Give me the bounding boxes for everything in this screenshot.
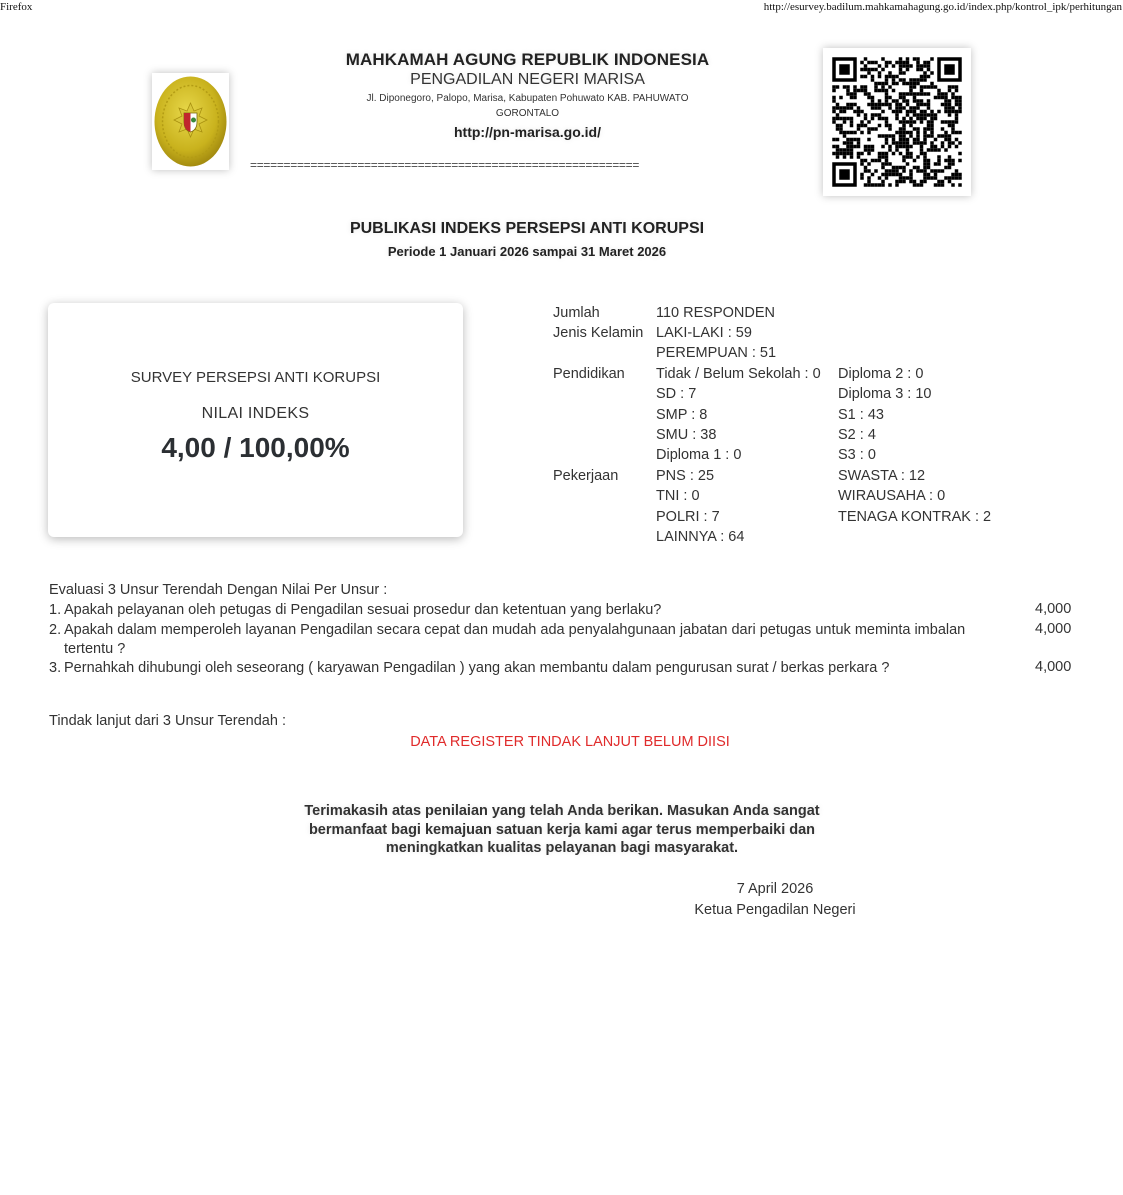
gender-label: Jenis Kelamin [553,323,643,343]
court-name: PENGADILAN NEGERI MARISA [330,71,725,89]
court-emblem-icon [152,73,229,170]
education-item: SMU : 38 [656,425,821,445]
evaluation-item-number: 2. [49,621,61,640]
evaluation-item-number: 1. [49,601,61,620]
qr-code-icon [823,48,971,196]
education-item: Diploma 1 : 0 [656,445,821,465]
education-list-1: Tidak / Belum Sekolah : 0 SD : 7 SMP : 8… [656,364,821,465]
education-item: SMP : 8 [656,405,821,425]
occupation-item: SWASTA : 12 [838,466,991,486]
letterhead-rule: ========================================… [250,160,802,170]
follow-up-status: DATA REGISTER TINDAK LANJUT BELUM DIISI [300,734,840,750]
education-list-2: Diploma 2 : 0 Diploma 3 : 10 S1 : 43 S2 … [838,364,932,465]
signature-date: 7 April 2026 [660,881,890,897]
evaluation-item-value: 4,000 [1035,601,1071,617]
total-value: 110 RESPONDEN [656,303,775,323]
print-app-name: Firefox [0,1,32,13]
evaluation-item: 1. Apakah pelayanan oleh petugas di Peng… [49,601,999,620]
gender-female: PEREMPUAN : 51 [656,343,776,363]
education-item: S2 : 4 [838,425,932,445]
evaluation-item-text: Apakah pelayanan oleh petugas di Pengadi… [49,601,999,620]
evaluation-item: 3. Pernahkah dihubungi oleh seseorang ( … [49,659,999,678]
index-value: 4,00 / 100,00% [48,432,463,464]
gender-list: LAKI-LAKI : 59 PEREMPUAN : 51 [656,323,776,364]
education-item: SD : 7 [656,384,821,404]
education-label: Pendidikan [553,364,625,384]
evaluation-title: Evaluasi 3 Unsur Terendah Dengan Nilai P… [49,582,387,598]
evaluation-item-value: 4,000 [1035,621,1071,637]
total-label: Jumlah [553,303,600,323]
occupation-list-1: PNS : 25 TNI : 0 POLRI : 7 LAINNYA : 64 [656,466,744,547]
signatory-title: Ketua Pengadilan Negeri [660,902,890,918]
education-item: Tidak / Belum Sekolah : 0 [656,364,821,384]
page-title: PUBLIKASI INDEKS PERSEPSI ANTI KORUPSI [300,220,754,238]
gender-male: LAKI-LAKI : 59 [656,323,776,343]
occupation-item: PNS : 25 [656,466,744,486]
follow-up-title: Tindak lanjut dari 3 Unsur Terendah : [49,713,286,729]
occupation-item: TNI : 0 [656,486,744,506]
occupation-list-2: SWASTA : 12 WIRAUSAHA : 0 TENAGA KONTRAK… [838,466,991,527]
institution-name: MAHKAMAH AGUNG REPUBLIK INDONESIA [330,50,725,70]
court-address-line1: Jl. Diponegoro, Palopo, Marisa, Kabupate… [330,93,725,104]
index-label: NILAI INDEKS [48,405,463,423]
evaluation-item-text: Apakah dalam memperoleh layanan Pengadil… [49,621,999,659]
index-card: SURVEY PERSEPSI ANTI KORUPSI NILAI INDEK… [48,303,463,537]
occupation-item: TENAGA KONTRAK : 2 [838,507,991,527]
period-subtitle: Periode 1 Januari 2026 sampai 31 Maret 2… [300,244,754,259]
occupation-item: POLRI : 7 [656,507,744,527]
occupation-item: LAINNYA : 64 [656,527,744,547]
thank-you-message: Terimakasih atas penilaian yang telah An… [270,802,854,858]
education-item: Diploma 2 : 0 [838,364,932,384]
court-website: http://pn-marisa.go.id/ [330,124,725,140]
evaluation-item-number: 3. [49,659,61,678]
evaluation-item-value: 4,000 [1035,659,1071,675]
education-item: S3 : 0 [838,445,932,465]
education-item: Diploma 3 : 10 [838,384,932,404]
occupation-item: WIRAUSAHA : 0 [838,486,991,506]
survey-label: SURVEY PERSEPSI ANTI KORUPSI [48,369,463,386]
occupation-label: Pekerjaan [553,466,618,486]
education-item: S1 : 43 [838,405,932,425]
evaluation-item: 2. Apakah dalam memperoleh layanan Penga… [49,621,999,659]
print-url: http://esurvey.badilum.mahkamahagung.go.… [764,1,1122,13]
court-address-line2: GORONTALO [330,108,725,119]
evaluation-item-text: Pernahkah dihubungi oleh seseorang ( kar… [49,659,999,678]
